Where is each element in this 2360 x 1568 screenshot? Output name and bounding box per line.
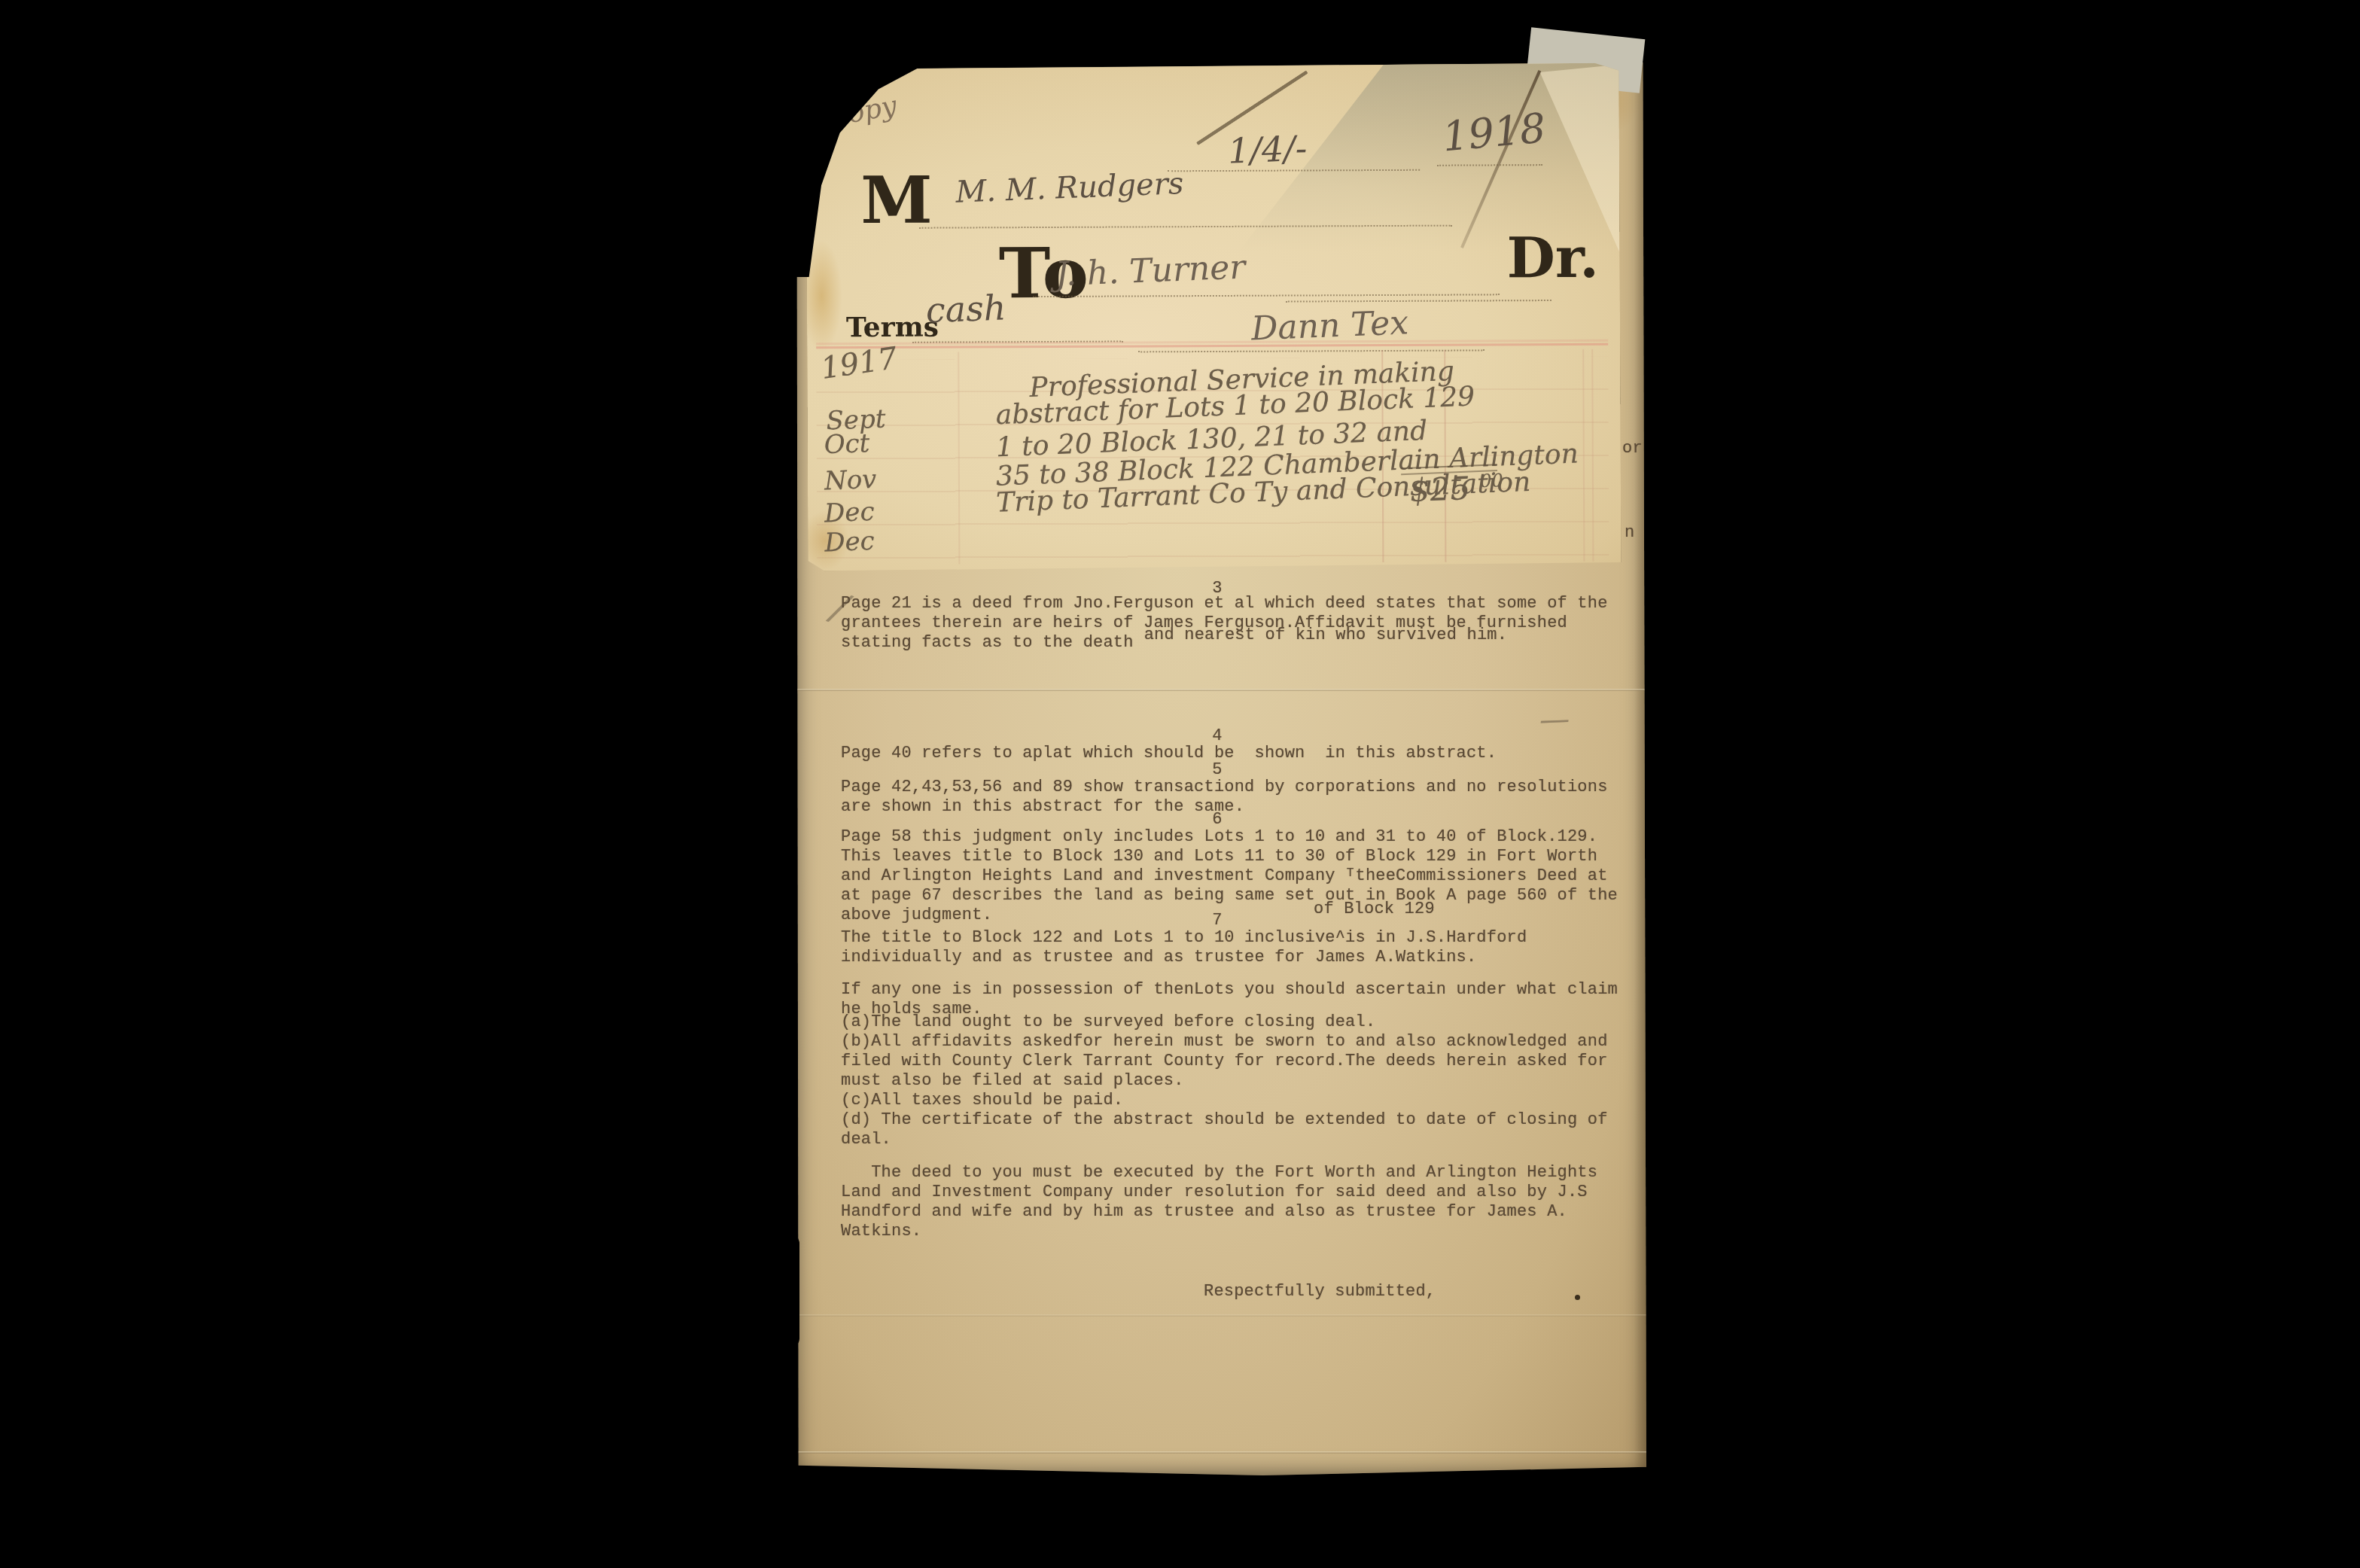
terms-rule bbox=[912, 341, 1123, 343]
blank-rule-right bbox=[1286, 300, 1552, 303]
edge-fragment-1: or- bbox=[1622, 439, 1652, 458]
amount-cents: 00 bbox=[1480, 470, 1504, 492]
closing-paragraph: The deed to you must be executed by the … bbox=[841, 1163, 1597, 1241]
terms-value: cash bbox=[925, 287, 1006, 330]
terms-label: Terms bbox=[846, 312, 939, 344]
date-value: 1/4/- bbox=[1227, 128, 1308, 172]
amount-dollars: $25 bbox=[1409, 470, 1471, 509]
to-name: J. h. Turner bbox=[1055, 248, 1246, 294]
ink-dot bbox=[1575, 1295, 1580, 1300]
header-pink-rule bbox=[816, 343, 1608, 349]
section-3-line3-text: stating facts as to the death bbox=[841, 633, 1134, 652]
to-rule bbox=[1033, 294, 1500, 297]
fold-crease-horizontal-2 bbox=[794, 1314, 1646, 1317]
fold-crease-horizontal-1 bbox=[794, 689, 1646, 691]
row-date-4: Dec bbox=[824, 497, 875, 529]
typed-insert-phrase: and nearest of kin who survived him. bbox=[1144, 626, 1507, 645]
page-right-edge bbox=[1634, 62, 1646, 1475]
memo-section-3-line3: stating facts as to the deathand nearest… bbox=[841, 633, 1507, 653]
place-rule bbox=[1138, 349, 1485, 352]
invoice-sheet: Copy 1/4/- 1918 M M. M. Rudgers To J. h.… bbox=[806, 63, 1622, 571]
fold-crease-horizontal-3 bbox=[794, 1451, 1646, 1454]
row-date-5: Dec bbox=[824, 526, 875, 559]
memo-section-7-lines: The title to Block 122 and Lots 1 to 10 … bbox=[841, 928, 1527, 967]
dr-label: Dr. bbox=[1506, 226, 1599, 291]
photograph-of-document: 3 / Page 21 is a deed from Jno.Ferguson … bbox=[0, 0, 2360, 1568]
place-value: Dann Tex bbox=[1250, 303, 1409, 348]
row-date-3: Nov bbox=[824, 464, 877, 497]
signoff: Respectfully submitted, bbox=[1204, 1282, 1436, 1302]
edge-fragment-2: n bbox=[1625, 523, 1634, 543]
torn-left-edge-notch bbox=[789, 1235, 799, 1347]
notes-list: (a)The land ought to be surveyed before … bbox=[841, 1012, 1608, 1149]
row-amount-4: $25 00 bbox=[1409, 468, 1504, 509]
year-value: 1918 bbox=[1440, 104, 1548, 160]
row-date-2: Oct bbox=[824, 428, 870, 460]
addressee-name: M. M. Rudgers bbox=[955, 166, 1184, 210]
